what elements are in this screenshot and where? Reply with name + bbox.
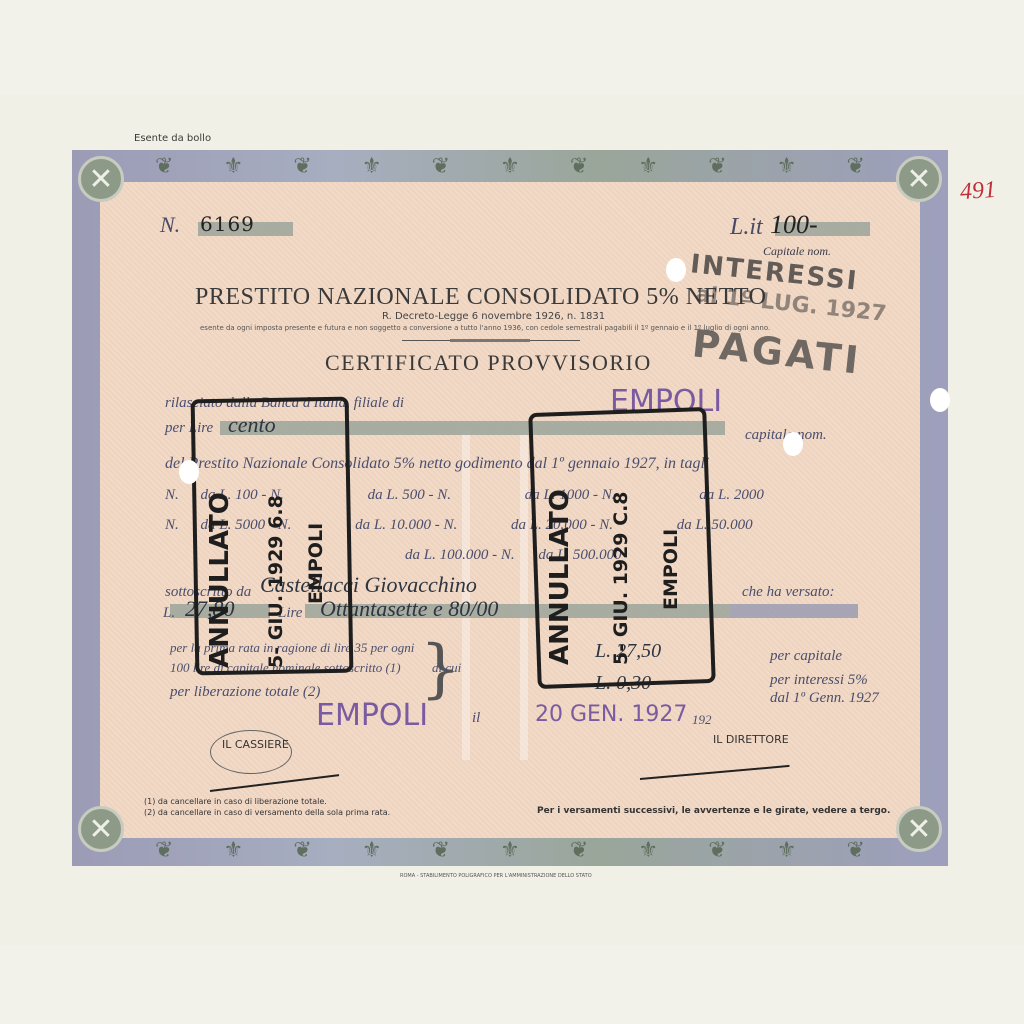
cashier-label: IL CASSIERE (222, 738, 289, 751)
total-release-text: per liberazione totale (2) (170, 684, 320, 701)
tax-exemption-text: esente da ogni imposta presente e futura… (200, 324, 770, 332)
corner-cross-icon: ✕ (896, 156, 942, 202)
annulled-stamp-2-word: ANNULLATO (545, 489, 575, 665)
of-which-label: di cui (432, 660, 461, 676)
bottom-leaf-ornament: ❦⚜❦⚜❦⚜❦⚜❦⚜❦ (130, 837, 890, 863)
paid-label: L. (163, 605, 175, 622)
subscriber-suffix: che ha versato: (742, 584, 834, 601)
corner-cross-icon: ✕ (896, 806, 942, 852)
year-prefix: 192 (692, 712, 712, 728)
punch-hole (666, 258, 686, 282)
paid-words-bar-end (730, 604, 858, 618)
top-leaf-ornament: ❦⚜❦⚜❦⚜❦⚜❦⚜❦ (130, 153, 890, 179)
printer-credit: ROMA - STABILIMENTO POLIGRAFICO PER L'AM… (400, 873, 592, 879)
denom-cell: da L. 500 - N. (368, 487, 451, 503)
denom-cell: N. (165, 517, 179, 533)
punch-hole (179, 460, 199, 484)
cashier-seal-outline (210, 730, 292, 774)
denom-cell: da L. 10.000 - N. (355, 517, 457, 533)
interest-label-1: per interessi 5% (770, 672, 868, 689)
footnote-2: (2) da cancellare in caso di versamento … (144, 808, 390, 817)
divider-accent (450, 339, 530, 342)
decree-reference: R. Decreto-Legge 6 novembre 1926, n. 183… (382, 311, 605, 322)
date-stamp: 20 GEN. 1927 (535, 702, 687, 727)
amount-caption: Capitale nom. (763, 244, 831, 259)
capital-label: per capitale (770, 648, 842, 665)
nominal-amount: 100- (770, 210, 818, 240)
stamp-exempt-note: Esente da bollo (134, 133, 211, 144)
certificate-number: 6169 (200, 212, 255, 236)
footnote-1: (1) da cancellare in caso di liberazione… (144, 797, 327, 806)
corner-cross-icon: ✕ (78, 156, 124, 202)
document-subtitle: CERTIFICATO PROVVISORIO (325, 350, 652, 376)
annulled-stamp-2-place: EMPOLI (660, 529, 682, 610)
margin-number: 491 (959, 177, 997, 206)
annulled-stamp-2-date: 5- GIU. 1929 C.8 (610, 491, 632, 665)
denom-cell: N. (165, 487, 179, 503)
annulled-stamp-1-word: ANNULLATO (205, 492, 235, 668)
back-side-note: Per i versamenti successivi, le avverten… (537, 806, 890, 816)
date-il: il (472, 710, 480, 727)
denom-cell: da L. 100.000 - N. (405, 547, 515, 563)
director-label: IL DIRETTORE (713, 733, 789, 746)
punch-hole (930, 388, 950, 412)
interest-label-2: dal 1º Genn. 1927 (770, 690, 879, 707)
annulled-stamp-1-date: 5- GIU. 1929 6.8 (265, 495, 287, 668)
document-title: PRESTITO NAZIONALE CONSOLIDATO 5% NETTO (195, 284, 766, 311)
corner-cross-icon: ✕ (78, 806, 124, 852)
number-label: N. (160, 212, 180, 238)
annulled-stamp-1-place: EMPOLI (305, 523, 327, 604)
place-stamp: EMPOLI (316, 698, 428, 733)
amount-label: L.it (730, 214, 763, 241)
punch-hole (783, 432, 803, 456)
